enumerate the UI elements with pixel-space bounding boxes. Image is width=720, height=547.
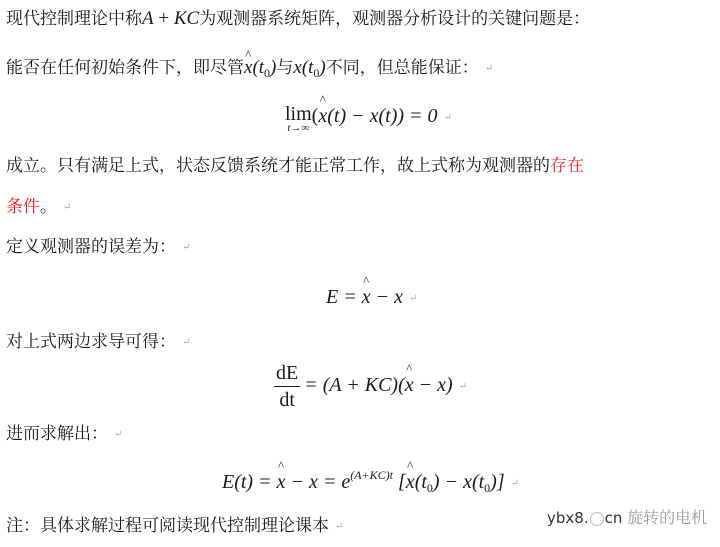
note-text: 注：具体求解过程可阅读现代控制理论课本	[6, 516, 329, 536]
watermark-label: 旋转的电机	[627, 508, 707, 527]
math-plus: +	[154, 8, 174, 29]
para6-text: 进而求解出：	[6, 424, 108, 444]
paragraph-define-error: 定义观测器的误差为：↵	[6, 236, 190, 259]
bracket-open: [	[393, 471, 406, 493]
para3-text: 成立。只有满足上式，状态反馈系统才能正常工作，故上式称为观测器的	[6, 156, 550, 176]
paragraph-mark-icon: ↵	[409, 293, 417, 304]
arg: (t	[415, 471, 427, 493]
para5-text: 对上式两边求导可得：	[6, 332, 176, 352]
paragraph-existence-condition-line2: 条件。↵	[6, 196, 71, 219]
denominator: dt	[279, 387, 295, 411]
equation-derivative: dEdt= (A + KC)(x − x)↵	[274, 362, 467, 411]
x-hat: x	[244, 57, 252, 79]
x-arg: (t	[302, 57, 314, 78]
equation-solution: E(t) = x − x = e(A+KC)t [x(t0) − x(t0)]↵	[222, 468, 519, 496]
solution-mid: − x = e	[285, 471, 350, 493]
paragraph-mark-icon: ↵	[459, 381, 467, 392]
emphasis-existence: 存在	[550, 156, 584, 176]
paragraph-mark-icon: ↵	[444, 112, 452, 123]
equation-error: E = x − x↵	[326, 286, 417, 309]
bracket-close: )]	[490, 471, 504, 493]
emphasis-condition: 条件	[6, 197, 40, 217]
watermark: ybx8.cn 旋转的电机	[547, 505, 707, 528]
para2-middle: 与	[276, 58, 293, 78]
numerator: dE	[274, 362, 300, 387]
limit-operator: limt→∞	[285, 105, 312, 133]
rhs-post: − x)	[414, 374, 453, 396]
x-hat: x	[406, 471, 415, 494]
para1-prefix: 现代控制理论中称	[6, 9, 142, 29]
error-lhs: E =	[326, 286, 362, 308]
limit-expression: (t) − x(t)) = 0	[327, 105, 437, 127]
error-rhs: − x	[371, 286, 403, 308]
x-hat: x	[277, 471, 286, 494]
paragraph-solve: 进而求解出：↵	[6, 423, 122, 446]
paragraph-existence-condition-line1: 成立。只有满足上式，状态反馈系统才能正常工作，故上式称为观测器的存在	[6, 155, 584, 177]
fraction-dE-dt: dEdt	[274, 362, 300, 411]
solution-mid2: ) − x(t	[433, 471, 484, 493]
paragraph-mark-icon: ↵	[511, 478, 519, 489]
watermark-site-tld: cn	[605, 509, 623, 527]
para2-prefix: 能否在任何初始条件下，即尽管	[6, 58, 244, 78]
paragraph-mark-icon: ↵	[182, 337, 190, 348]
paragraph-mark-icon: ↵	[182, 242, 190, 253]
paragraph-mark-icon: ↵	[63, 202, 71, 213]
para1-suffix: 为观测器系统矩阵，观测器分析设计的关键问题是：	[199, 9, 590, 29]
rhs-pre: = (A + KC)(	[304, 374, 405, 396]
para2-suffix: 不同，但总能保证：	[326, 58, 479, 78]
math-KC: KC	[174, 8, 199, 29]
exponent: (A+KC)t	[350, 468, 393, 482]
equation-limit: limt→∞(x(t) − x(t)) = 0↵	[285, 105, 452, 133]
x-var: x	[293, 57, 301, 78]
x-hat: x	[405, 374, 414, 397]
paragraph-derivative: 对上式两边求导可得：↵	[6, 331, 190, 354]
para4-text: 定义观测器的误差为：	[6, 237, 176, 257]
period: 。	[40, 197, 57, 217]
paragraph-initial-condition: 能否在任何初始条件下，即尽管x(t0)与x(t0)不同，但总能保证：↵	[6, 57, 493, 84]
paragraph-observer-matrix: 现代控制理论中称A + KC为观测器系统矩阵，观测器分析设计的关键问题是：	[6, 8, 590, 30]
paragraph-note: 注：具体求解过程可阅读现代控制理论课本↵	[6, 515, 343, 538]
x-hat-arg: (t	[252, 57, 264, 78]
solution-lhs: E(t) =	[222, 471, 277, 493]
paragraph-mark-icon: ↵	[114, 429, 122, 440]
paragraph-mark-icon: ↵	[335, 521, 343, 532]
lim-subscript: t→∞	[285, 123, 312, 133]
math-A: A	[142, 8, 154, 29]
x-hat: x	[318, 105, 327, 128]
watermark-site: ybx8.	[547, 509, 589, 527]
wechat-icon	[590, 512, 604, 526]
x-hat: x	[362, 286, 371, 309]
paragraph-mark-icon: ↵	[485, 63, 493, 74]
